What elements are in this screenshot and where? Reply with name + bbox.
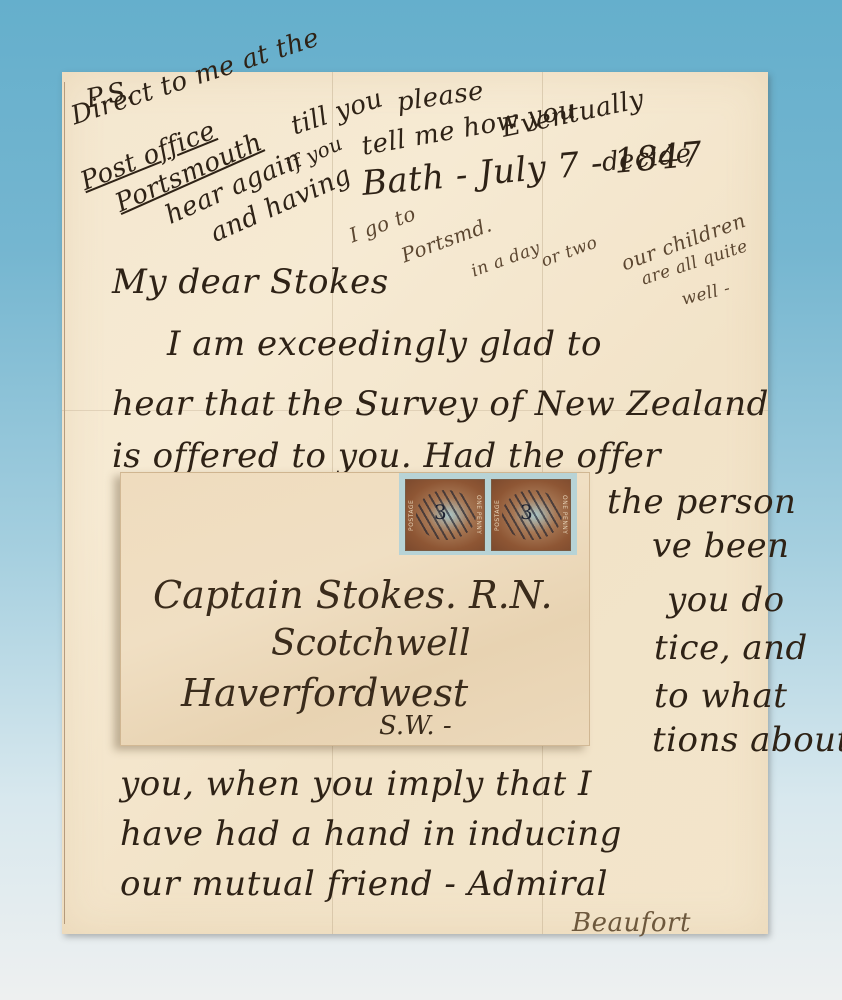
postscript-line: Eventually bbox=[499, 84, 647, 143]
body-line: hear that the Survey of New Zealand bbox=[112, 384, 769, 424]
aside-note: in a day bbox=[469, 238, 543, 281]
cancel-number: 3 bbox=[520, 500, 533, 524]
postscript-line: Direct to me at the bbox=[67, 23, 323, 132]
penny-red-stamp: POSTAGE ONE PENNY 3 bbox=[405, 479, 485, 551]
envelope: POSTAGE ONE PENNY 3 POSTAGE ONE PENNY 3 … bbox=[120, 472, 590, 746]
body-line: have had a hand in inducing bbox=[120, 814, 622, 854]
aside-note: or two bbox=[539, 233, 601, 272]
address-line: S.W. - bbox=[379, 711, 452, 741]
body-line: tions about bbox=[652, 720, 842, 760]
address-line: Scotchwell bbox=[271, 623, 470, 664]
page-edge bbox=[64, 82, 65, 924]
body-line: ve been bbox=[652, 526, 790, 566]
body-line: you do bbox=[667, 580, 785, 620]
body-line: to what bbox=[654, 676, 787, 716]
body-line: tice, and bbox=[654, 628, 808, 668]
address-line: Haverfordwest bbox=[181, 671, 468, 715]
body-line: I am exceedingly glad to bbox=[167, 324, 602, 364]
body-line: the person bbox=[607, 482, 796, 522]
address-recipient: Captain Stokes. R.N. bbox=[153, 573, 553, 617]
body-line: is offered to you. Had the offer bbox=[112, 436, 661, 476]
penny-red-stamp: POSTAGE ONE PENNY 3 bbox=[491, 479, 571, 551]
signature: Beaufort bbox=[572, 908, 691, 938]
body-line: you, when you imply that I bbox=[120, 764, 592, 804]
cancel-number: 3 bbox=[434, 500, 447, 524]
aside-note: well - bbox=[680, 278, 733, 309]
salutation: My dear Stokes bbox=[112, 262, 389, 302]
stamp-pair: POSTAGE ONE PENNY 3 POSTAGE ONE PENNY 3 bbox=[399, 473, 577, 555]
body-line: our mutual friend - Admiral bbox=[120, 864, 608, 904]
